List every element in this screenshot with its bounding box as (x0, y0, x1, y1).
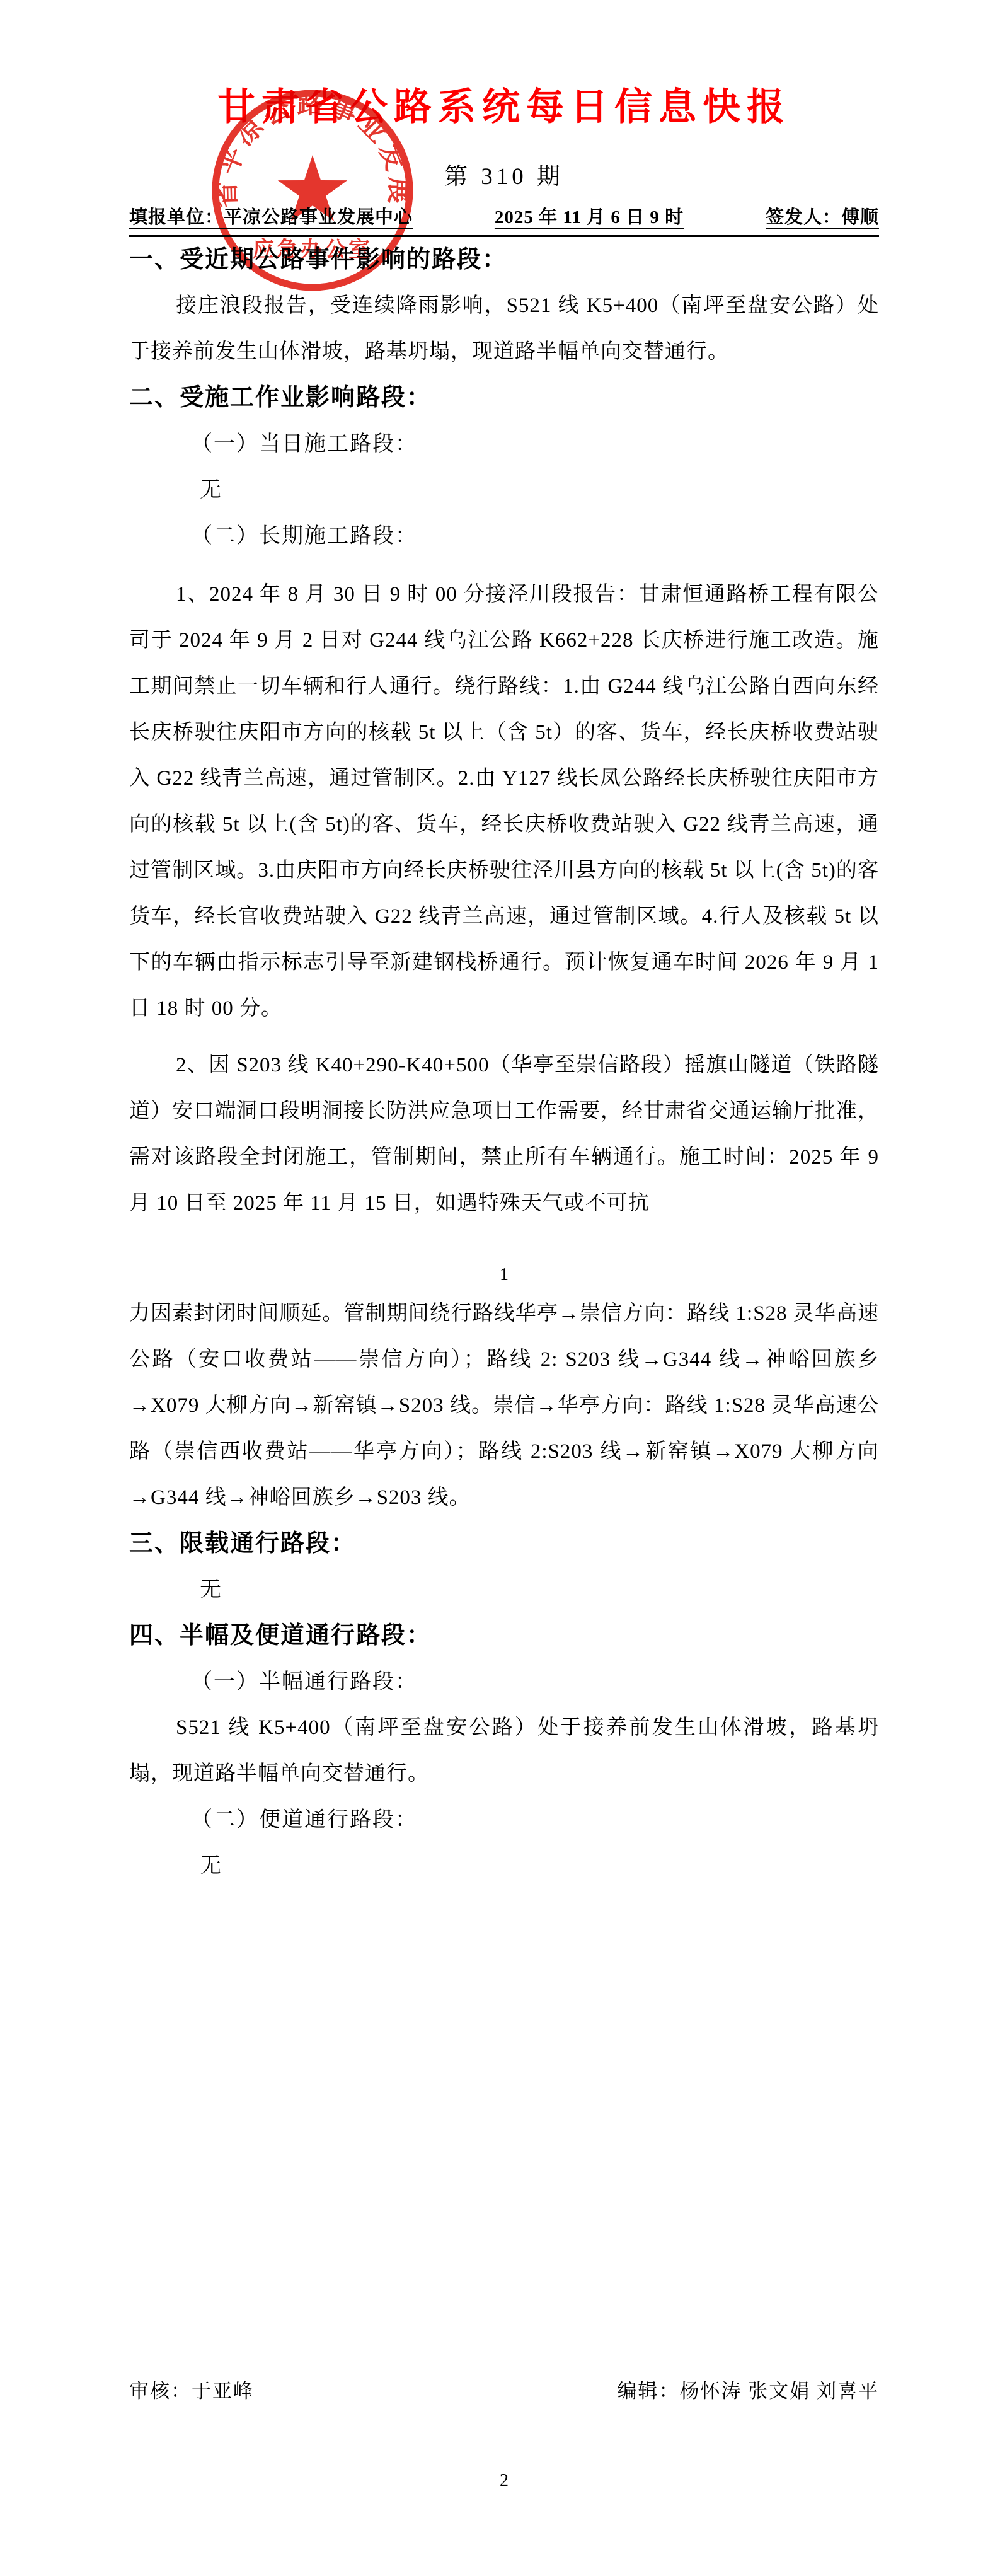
section-2-sub-1-heading: （一）当日施工路段： (191, 421, 879, 467)
section-3-heading: 三、限载通行路段： (129, 1521, 879, 1567)
report-datetime: 2025 年 11 月 6 日 9 时 (495, 205, 684, 230)
issue-number: 第 310 期 (129, 163, 879, 191)
report-meta-row: 填报单位：平凉公路事业发展中心 2025 年 11 月 6 日 9 时 签发人：… (129, 205, 879, 237)
reporting-unit: 填报单位：平凉公路事业发展中心 (129, 205, 413, 230)
long-term-construction-item-2-part-1: 2、因 S203 线 K40+290-K40+500（华亭至崇信路段）摇旗山隧道… (129, 1043, 879, 1227)
section-3-content: 无 (200, 1567, 879, 1613)
section-4-sub-2-heading: （二）便道通行路段： (191, 1797, 879, 1843)
section-4-heading: 四、半幅及便道通行路段： (129, 1613, 879, 1659)
document-footer: 审核：于亚峰 编辑：杨怀涛 张文娟 刘喜平 (129, 2377, 879, 2405)
section-2-sub-2-heading: （二）长期施工路段： (191, 513, 879, 559)
long-term-construction-item-2-part-2: 力因素封闭时间顺延。管制期间绕行路线华亭→崇信方向：路线 1:S28 灵华高速公… (129, 1291, 879, 1521)
page-number-2: 2 (129, 2468, 879, 2493)
document-title: 甘肃省公路系统每日信息快报 (129, 84, 879, 130)
section-4-sub-2-content: 无 (200, 1843, 879, 1889)
long-term-construction-item-1: 1、2024 年 8 月 30 日 9 时 00 分接泾川段报告：甘肃恒通路桥工… (129, 572, 879, 1032)
section-2-sub-1-content: 无 (200, 467, 879, 513)
reviewer-credit: 审核：于亚峰 (129, 2377, 254, 2405)
section-4-sub-1-paragraph: S521 线 K5+400（南坪至盘安公路）处于接养前发生山体滑坡，路基坍塌，现… (129, 1705, 879, 1797)
bulletin-document-page: 甘肃省公路系统每日信息快报 第 310 期 填报单位：平凉公路事业发展中心 20… (0, 0, 1000, 2576)
editors-credit: 编辑：杨怀涛 张文娟 刘喜平 (618, 2377, 880, 2405)
section-4-sub-1-heading: （一）半幅通行路段： (191, 1659, 879, 1705)
issuer-name: 签发人：傅顺 (766, 205, 879, 230)
page-number-1: 1 (129, 1262, 879, 1288)
document-content: 甘肃省公路系统每日信息快报 第 310 期 填报单位：平凉公路事业发展中心 20… (129, 0, 879, 1889)
section-2-heading: 二、受施工作业影响路段： (129, 375, 879, 421)
section-1-heading: 一、受近期公路事件影响的路段： (129, 237, 879, 283)
section-1-paragraph: 接庄浪段报告，受连续降雨影响，S521 线 K5+400（南坪至盘安公路）处于接… (129, 283, 879, 375)
